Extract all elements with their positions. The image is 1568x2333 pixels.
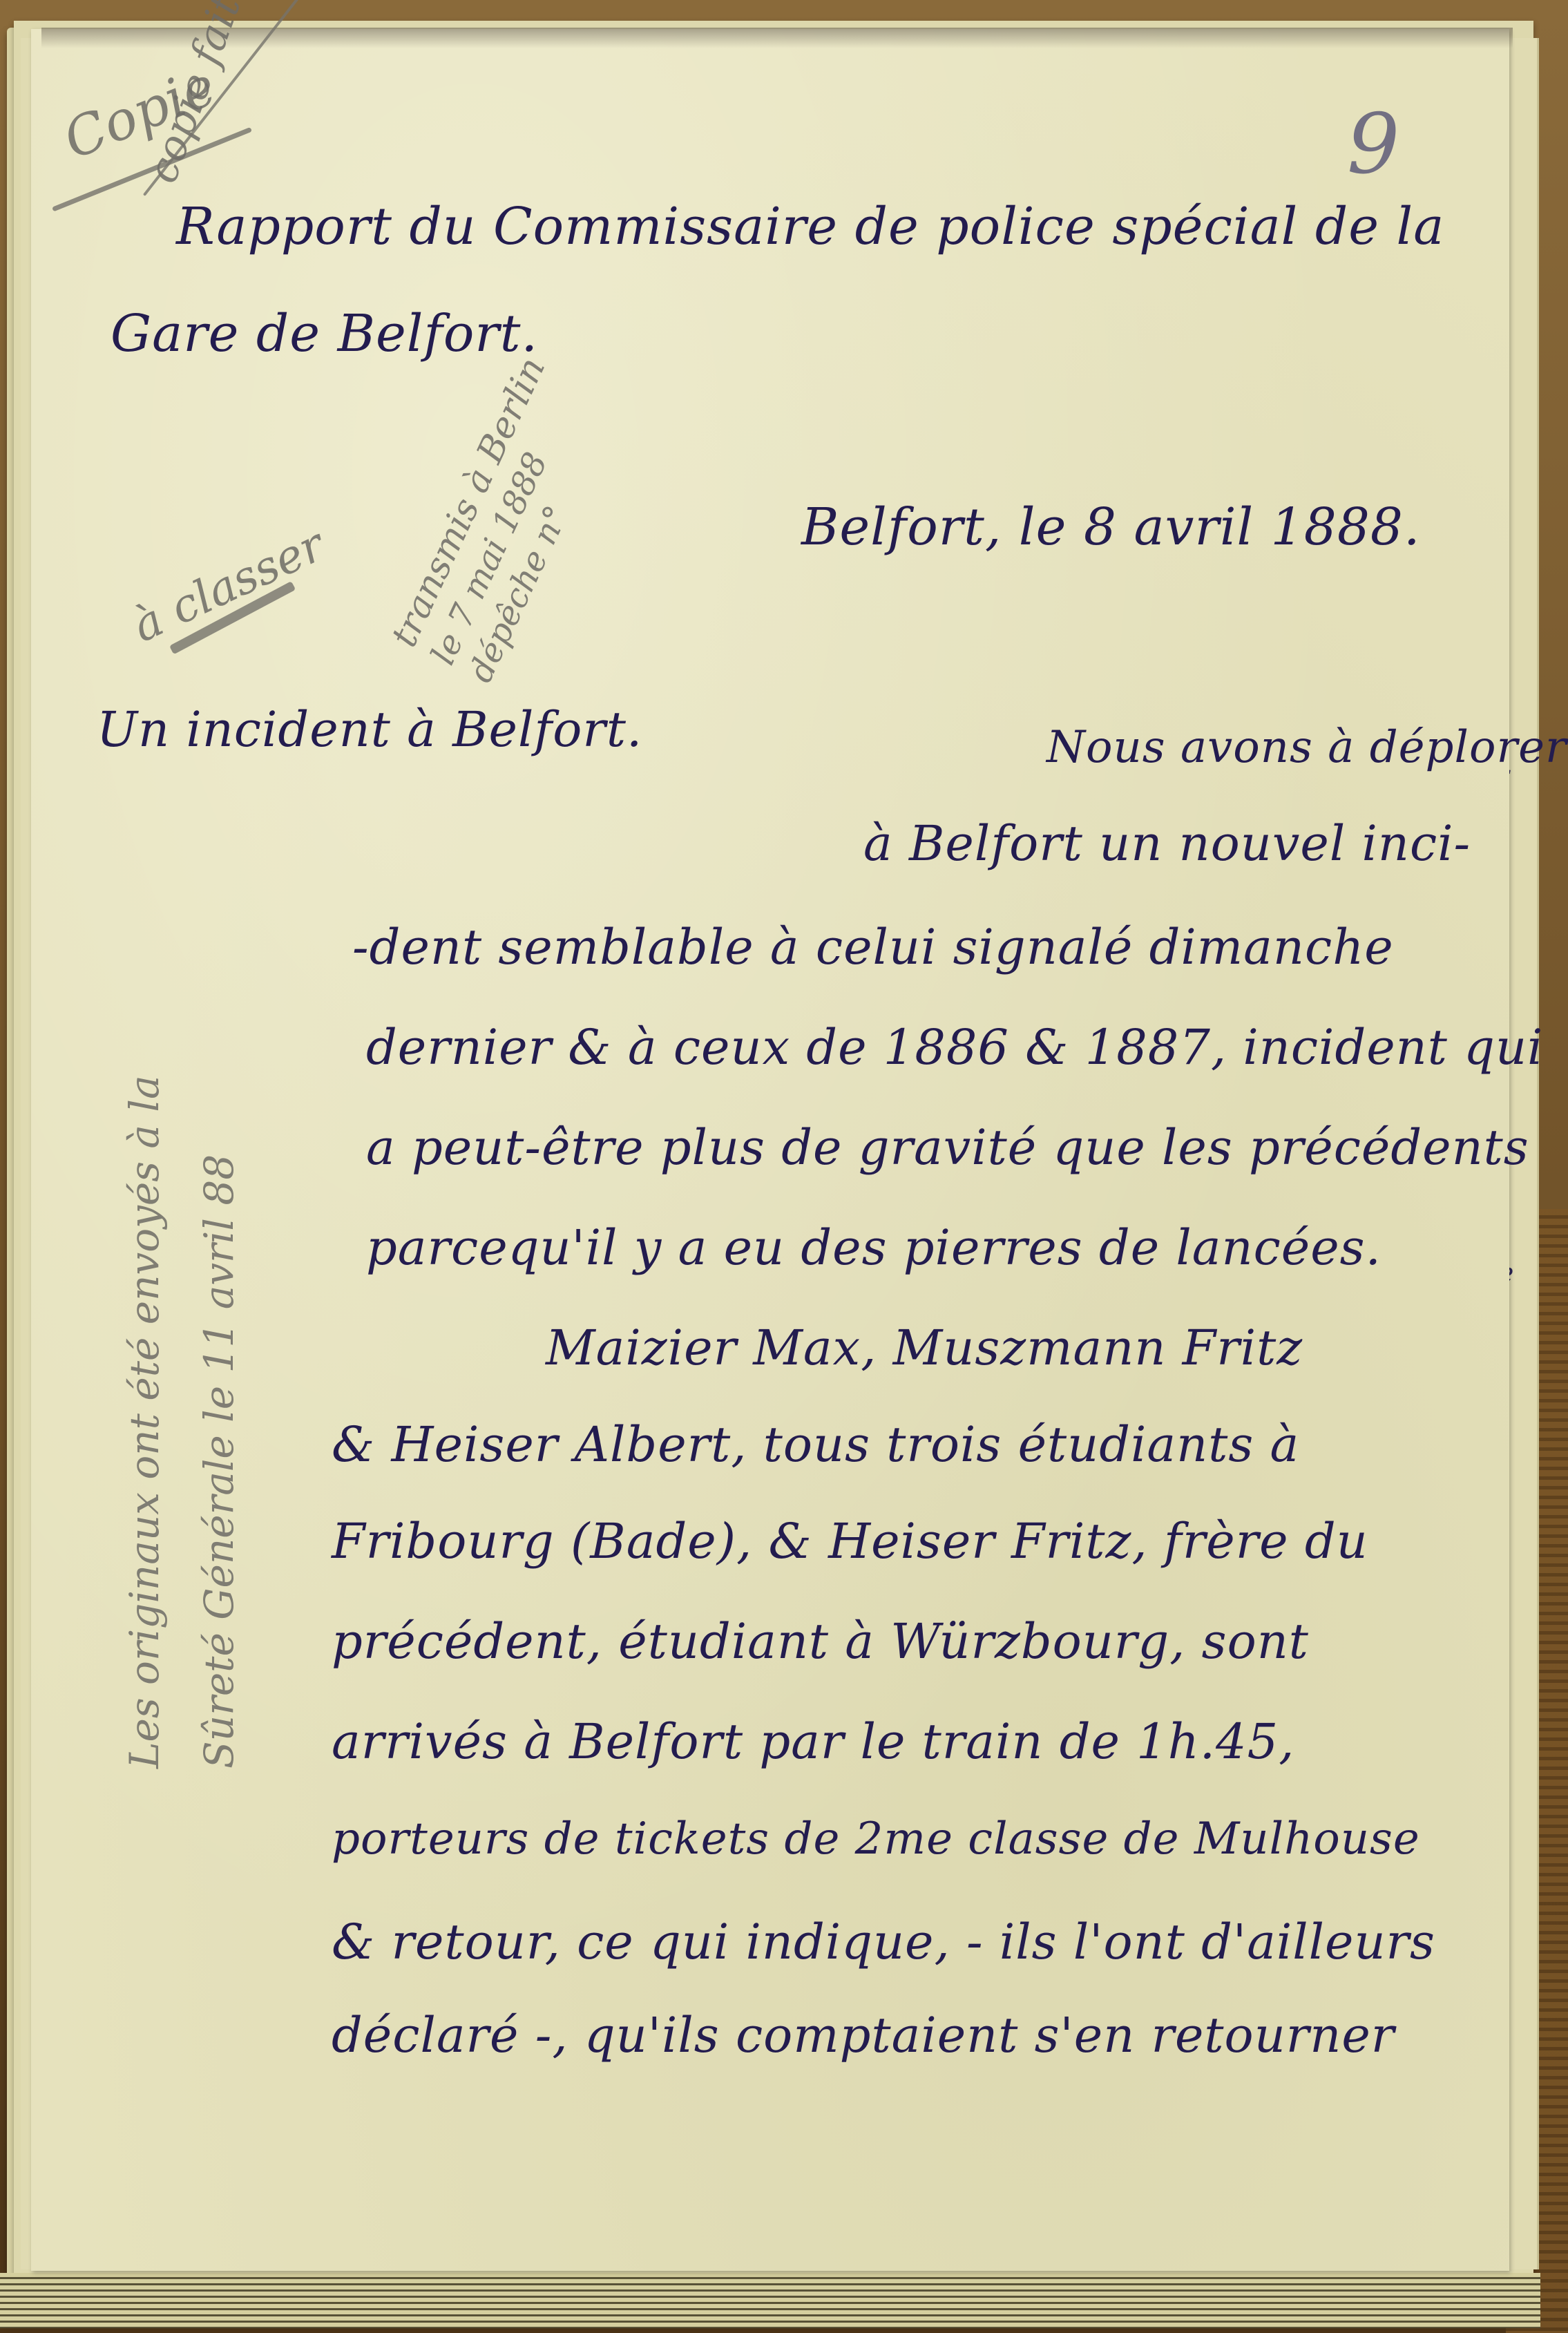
- body-line: précédent, étudiant à Würzbourg, sont: [332, 1613, 1309, 1670]
- body-line: arrivés à Belfort par le train de 1h.45,: [332, 1713, 1294, 1770]
- folio-number: 9: [1347, 97, 1399, 193]
- body-line: & Heiser Albert, tous trois étudiants à: [332, 1416, 1299, 1473]
- body-line: porteurs de tickets de 2me classe de Mul…: [332, 1813, 1420, 1865]
- report-title-line-1: Rapport du Commissaire de police spécial…: [176, 197, 1444, 256]
- body-line: & retour, ce qui indique, - ils l'ont d'…: [332, 1914, 1435, 1970]
- body-line: Nous avons à déplorer: [1046, 722, 1567, 773]
- body-line: à Belfort un nouvel inci-: [863, 815, 1471, 872]
- body-line: -dent semblable à celui signalé dimanche: [352, 919, 1394, 975]
- body-line: Fribourg (Bade), & Heiser Fritz, frère d…: [332, 1513, 1368, 1570]
- margin-vertical-annotation: Les originaux ont été envoyés à la Sûret…: [121, 1075, 242, 1769]
- body-line: a peut-être plus de gravité que les préc…: [366, 1119, 1529, 1176]
- body-line: Maizier Max, Muszmann Fritz: [546, 1320, 1303, 1376]
- report-title-line-2: Gare de Belfort.: [111, 304, 538, 363]
- stacked-page-edges: [0, 2273, 1540, 2328]
- body-line: dernier & à ceux de 1886 & 1887, inciden…: [366, 1019, 1543, 1076]
- margin-note-line-1: Les originaux ont été envoyés à la: [121, 1075, 168, 1769]
- subject-heading: Un incident à Belfort.: [97, 701, 642, 758]
- body-line: parcequ'il y a eu des pierres de lancées…: [366, 1219, 1381, 1276]
- place-date: Belfort, le 8 avril 1888.: [801, 497, 1421, 557]
- margin-note-line-2: Sûreté Générale le 11 avril 88: [195, 1075, 242, 1769]
- body-line: déclaré -, qu'ils comptaient s'en retour…: [332, 2007, 1395, 2064]
